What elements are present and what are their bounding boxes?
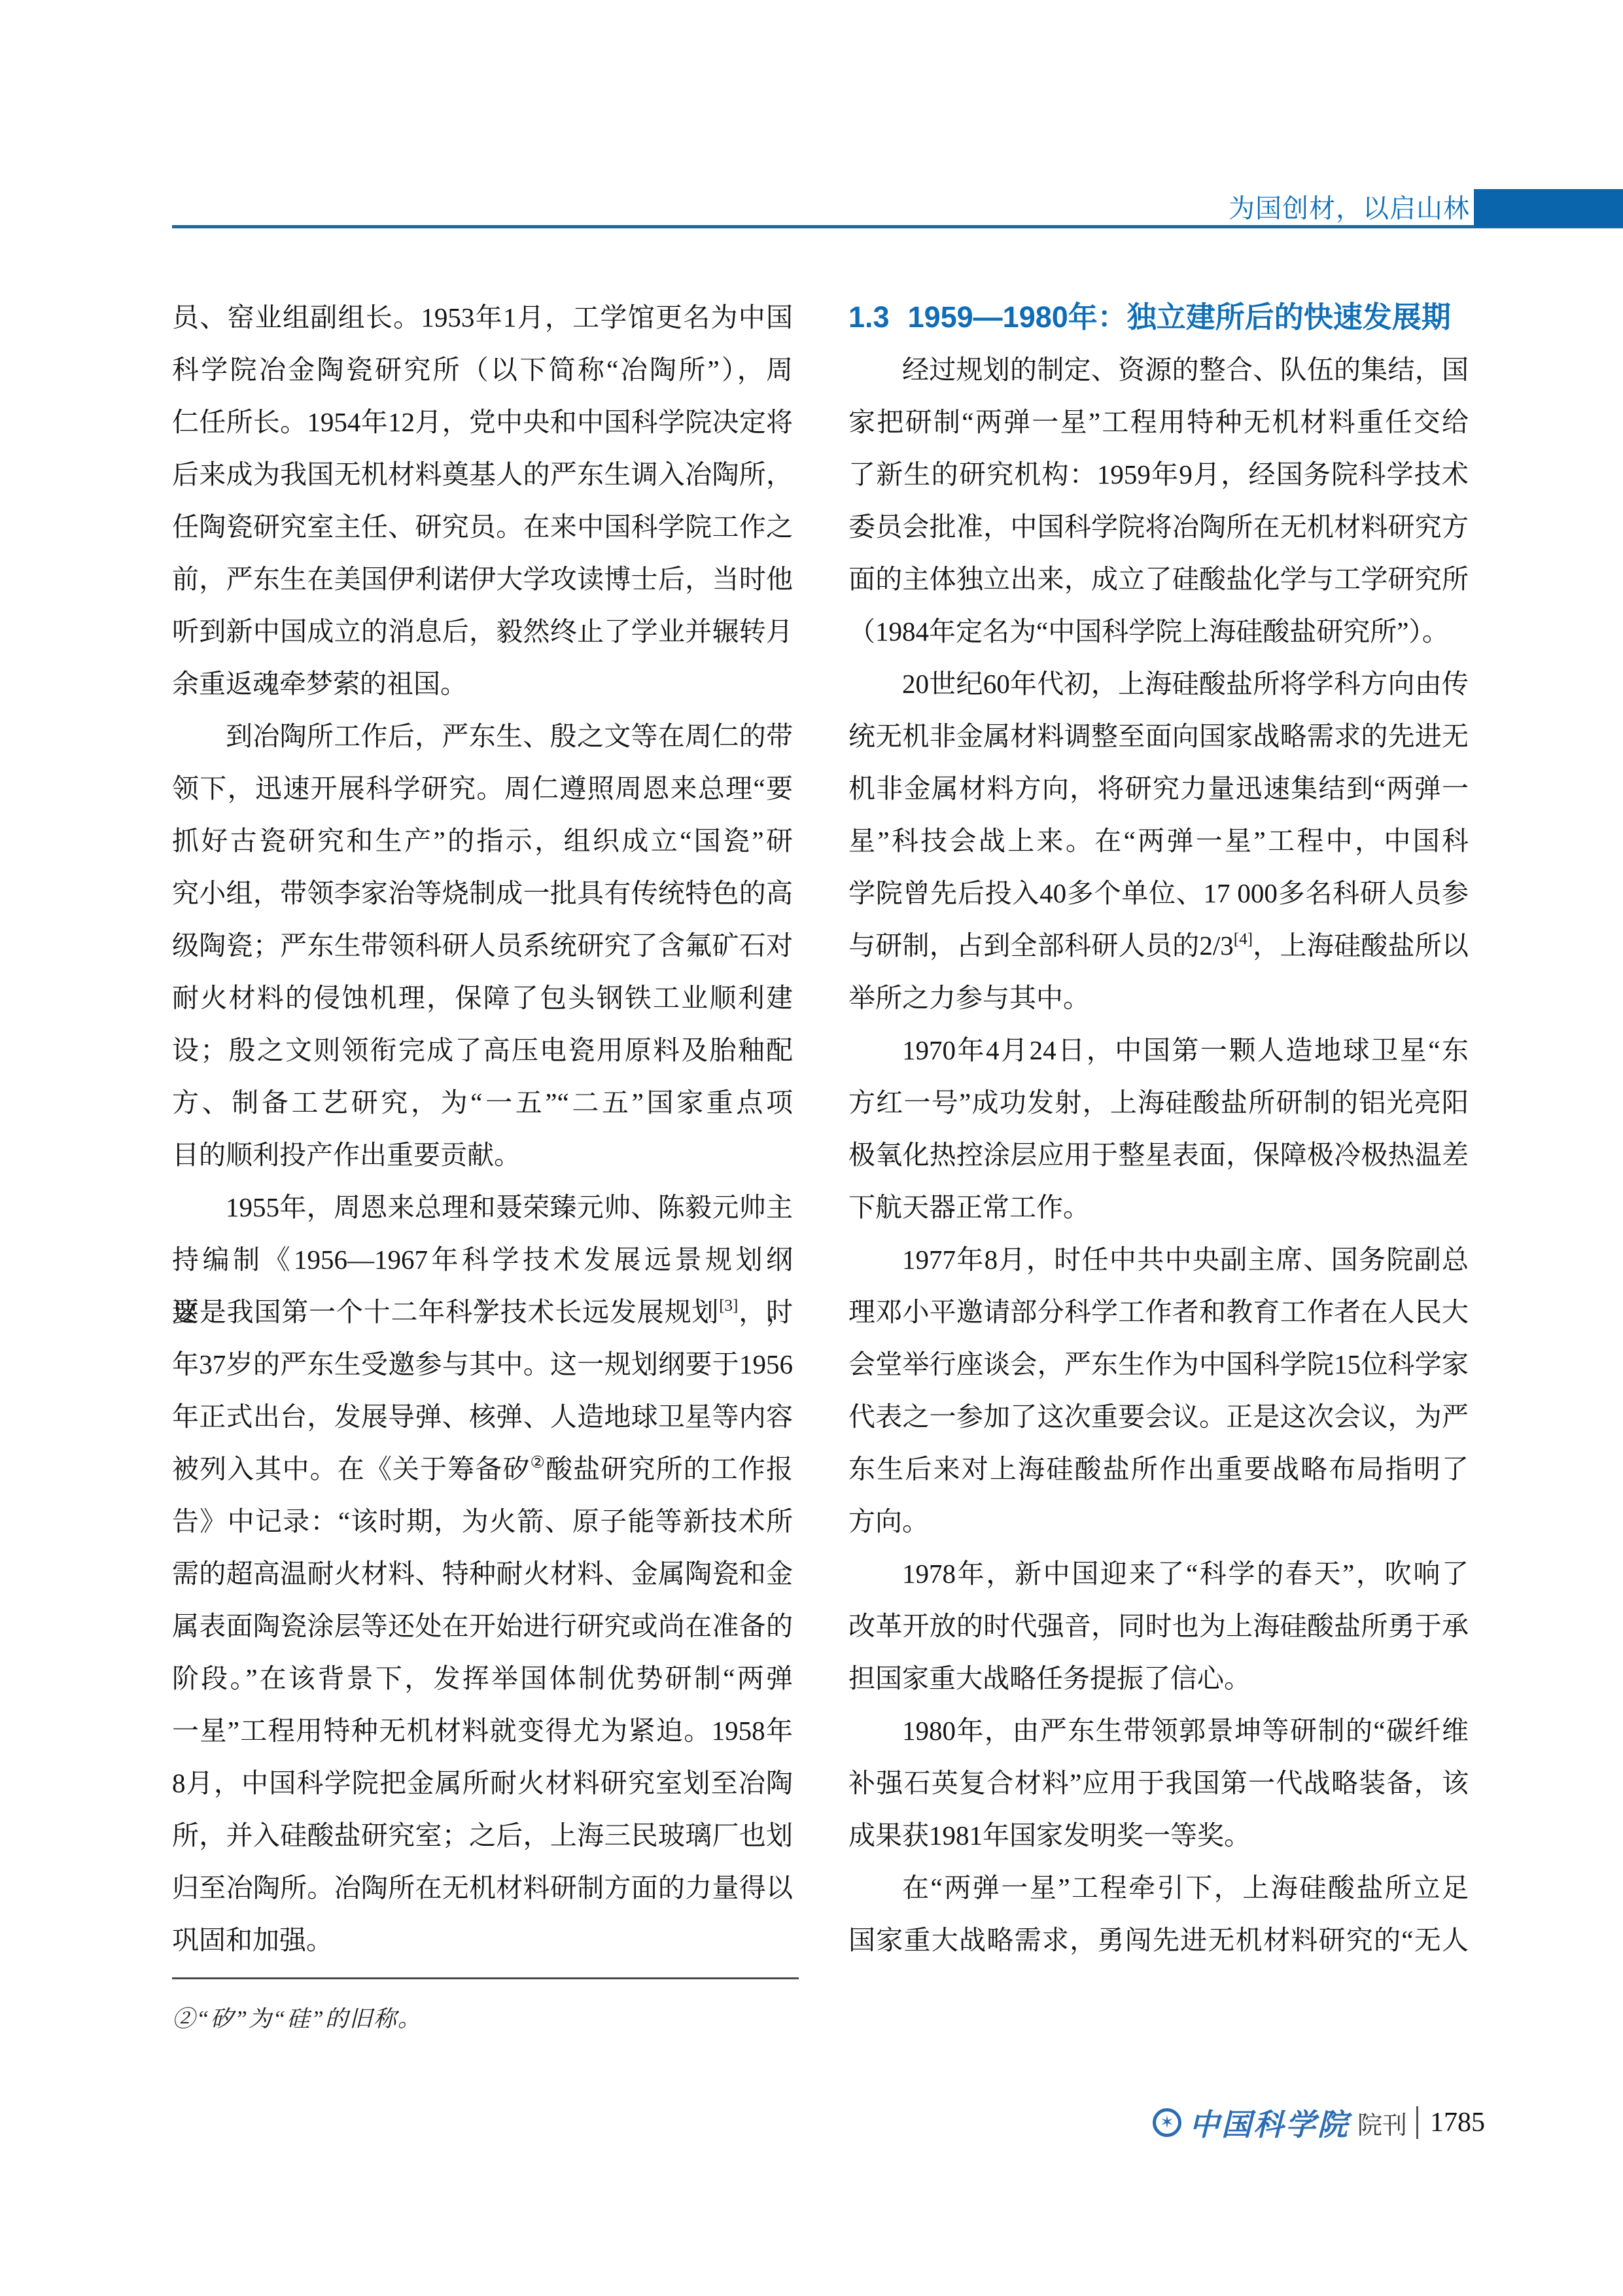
superscript-reference: ② [531, 1454, 546, 1472]
text-line: 星”科技会战上来。在“两弹一星”工程中，中国科 [848, 815, 1469, 867]
text-line: 一星”工程用特种无机材料就变得尤为紧迫。1958年 [172, 1704, 793, 1757]
text-line: 极氧化热控涂层应用于整星表面，保障极冷极热温差 [848, 1129, 1469, 1181]
page-number: 1785 [1430, 2107, 1485, 2138]
text-line: 余重返魂牵梦萦的祖国。 [172, 658, 793, 710]
header-slogan: 为国创材，以启山林 [1229, 192, 1470, 225]
text-line: 代表之一参加了这次重要会议。正是这次会议，为严 [848, 1390, 1469, 1443]
text-line: 委员会批准，中国科学院将冶陶所在无机材料研究方 [848, 501, 1469, 553]
text-line: 担国家重大战略任务提振了信心。 [848, 1652, 1469, 1704]
text-line: 面的主体独立出来，成立了硅酸盐化学与工学研究所 [848, 553, 1469, 605]
left-column: 员、窑业组副组长。1953年1月，工学馆更名为中国科学院冶金陶瓷研究所（以下简称… [172, 291, 793, 1966]
text-line: 下航天器正常工作。 [848, 1181, 1469, 1233]
header-corner-square [1474, 189, 1623, 227]
text-line: 举所之力参与其中。 [848, 972, 1469, 1024]
section-title: 1959—1980年：独立建所后的快速发展期 [908, 300, 1451, 334]
footnote: ②“矽”为“硅”的旧称。 [172, 1996, 422, 2043]
text-line: 经过规划的制定、资源的整合、队伍的集结，国 [848, 344, 1469, 396]
text-line: 前，严东生在美国伊利诺伊大学攻读博士后，当时他 [172, 553, 793, 605]
text-line: 后来成为我国无机材料奠基人的严东生调入冶陶所， [172, 448, 793, 501]
text-line: 1977年8月，时任中共中央副主席、国务院副总 [848, 1233, 1469, 1286]
text-line: 机非金属材料方向，将研究力量迅速集结到“两弹一 [848, 762, 1469, 815]
text-line: 科学院冶金陶瓷研究所（以下简称“冶陶所”），周 [172, 344, 793, 396]
superscript-reference: [4] [1234, 930, 1253, 948]
text-line: 抓好古瓷研究和生产”的指示，组织成立“国瓷”研 [172, 815, 793, 867]
text-line: 1955年，周恩来总理和聂荣臻元帅、陈毅元帅主 [172, 1181, 793, 1233]
text-line: 年37岁的严东生受邀参与其中。这一规划纲要于1956 [172, 1338, 793, 1390]
superscript-reference: [3] [719, 1297, 738, 1315]
text-line: 告》中记录：“该时期，为火箭、原子能等新技术所 [172, 1495, 793, 1547]
right-column: 1.31959—1980年：独立建所后的快速发展期 经过规划的制定、资源的整合、… [848, 291, 1469, 1966]
text-line: 这是我国第一个十二年科学技术长远发展规划[3]，时 [172, 1286, 793, 1338]
text-line: 年正式出台，发展导弹、核弹、人造地球卫星等内容 [172, 1390, 793, 1443]
text-line: 改革开放的时代强音，同时也为上海硅酸盐所勇于承 [848, 1600, 1469, 1652]
text-line: （1984年定名为“中国科学院上海硅酸盐研究所”）。 [848, 605, 1469, 658]
footnote-divider [172, 1977, 799, 1979]
text-line: 家把研制“两弹一星”工程用特种无机材料重任交给 [848, 396, 1469, 448]
text-line: 成果获1981年国家发明奖一等奖。 [848, 1809, 1469, 1862]
section-heading: 1.31959—1980年：独立建所后的快速发展期 [848, 291, 1469, 344]
text-line: 统无机非金属材料调整至面向国家战略需求的先进无 [848, 710, 1469, 762]
text-line: 1978年，新中国迎来了“科学的春天”，吹响了 [848, 1547, 1469, 1600]
text-line: 阶段。”在该背景下，发挥举国体制优势研制“两弹 [172, 1652, 793, 1704]
cas-brand-text: 中国科学院 [1189, 2101, 1350, 2144]
footer-divider-line [1416, 2106, 1418, 2139]
text-line: 任陶瓷研究室主任、研究员。在来中国科学院工作之 [172, 501, 793, 553]
text-line: 会堂举行座谈会，严东生作为中国科学院15位科学家 [848, 1338, 1469, 1390]
text-line: 属表面陶瓷涂层等还处在开始进行研究或尚在准备的 [172, 1600, 793, 1652]
text-line: 巩固和加强。 [172, 1914, 793, 1966]
text-line: 究小组，带领李家治等烧制成一批具有传统特色的高 [172, 867, 793, 919]
text-line: 在“两弹一星”工程牵引下，上海硅酸盐所立足 [848, 1862, 1469, 1914]
text-line: 了新生的研究机构：1959年9月，经国务院科学技术 [848, 448, 1469, 501]
text-line: 所，并入硅酸盐研究室；之后，上海三民玻璃厂也划 [172, 1809, 793, 1862]
text-line: 方、制备工艺研究，为“一五”“二五”国家重点项 [172, 1076, 793, 1129]
journal-label: 院刊 [1357, 2105, 1407, 2141]
journal-page: 为国创材，以启山林 员、窑业组副组长。1953年1月，工学馆更名为中国科学院冶金… [0, 0, 1623, 2296]
cas-emblem-icon: ✶ [1153, 2108, 1181, 2137]
text-line: 补强石英复合材料”应用于我国第一代战略装备，该 [848, 1757, 1469, 1809]
text-line: 领下，迅速开展科学研究。周仁遵照周恩来总理“要 [172, 762, 793, 815]
text-line: 学院曾先后投入40多个单位、17 000多名科研人员参 [848, 867, 1469, 919]
text-line: 国家重大战略需求，勇闯先进无机材料研究的“无人 [848, 1914, 1469, 1966]
page-footer: ✶ 中国科学院 院刊 1785 [1153, 2102, 1485, 2144]
text-line: 与研制，占到全部科研人员的2/3[4]，上海硅酸盐所以 [848, 919, 1469, 972]
header-rule [172, 225, 1623, 228]
text-line: 仁任所长。1954年12月，党中央和中国科学院决定将 [172, 396, 793, 448]
text-line: 到冶陶所工作后，严东生、殷之文等在周仁的带 [172, 710, 793, 762]
text-line: 被列入其中。在《关于筹备矽②酸盐研究所的工作报 [172, 1443, 793, 1495]
text-line: 级陶瓷；严东生带领科研人员系统研究了含氟矿石对 [172, 919, 793, 972]
text-line: 理邓小平邀请部分科学工作者和教育工作者在人民大 [848, 1286, 1469, 1338]
section-number: 1.3 [848, 300, 890, 334]
text-line: 员、窑业组副组长。1953年1月，工学馆更名为中国 [172, 291, 793, 344]
text-line: 1980年，由严东生带领郭景坤等研制的“碳纤维 [848, 1704, 1469, 1757]
text-line: 方向。 [848, 1495, 1469, 1547]
text-line: 设；殷之文则领衔完成了高压电瓷用原料及胎釉配 [172, 1024, 793, 1076]
text-line: 归至冶陶所。冶陶所在无机材料研制方面的力量得以 [172, 1862, 793, 1914]
text-line: 1970年4月24日，中国第一颗人造地球卫星“东 [848, 1024, 1469, 1076]
text-line: 听到新中国成立的消息后，毅然终止了学业并辗转月 [172, 605, 793, 658]
text-line: 8月，中国科学院把金属所耐火材料研究室划至冶陶 [172, 1757, 793, 1809]
text-line: 需的超高温耐火材料、特种耐火材料、金属陶瓷和金 [172, 1547, 793, 1600]
text-line: 东生后来对上海硅酸盐所作出重要战略布局指明了 [848, 1443, 1469, 1495]
text-line: 方红一号”成功发射，上海硅酸盐所研制的铝光亮阳 [848, 1076, 1469, 1129]
text-line: 耐火材料的侵蚀机理，保障了包头钢铁工业顺利建 [172, 972, 793, 1024]
text-line: 20世纪60年代初，上海硅酸盐所将学科方向由传 [848, 658, 1469, 710]
text-line: 目的顺利投产作出重要贡献。 [172, 1129, 793, 1181]
text-line: 持编制《1956—1967年科学技术发展远景规划纲要》， [172, 1233, 793, 1286]
